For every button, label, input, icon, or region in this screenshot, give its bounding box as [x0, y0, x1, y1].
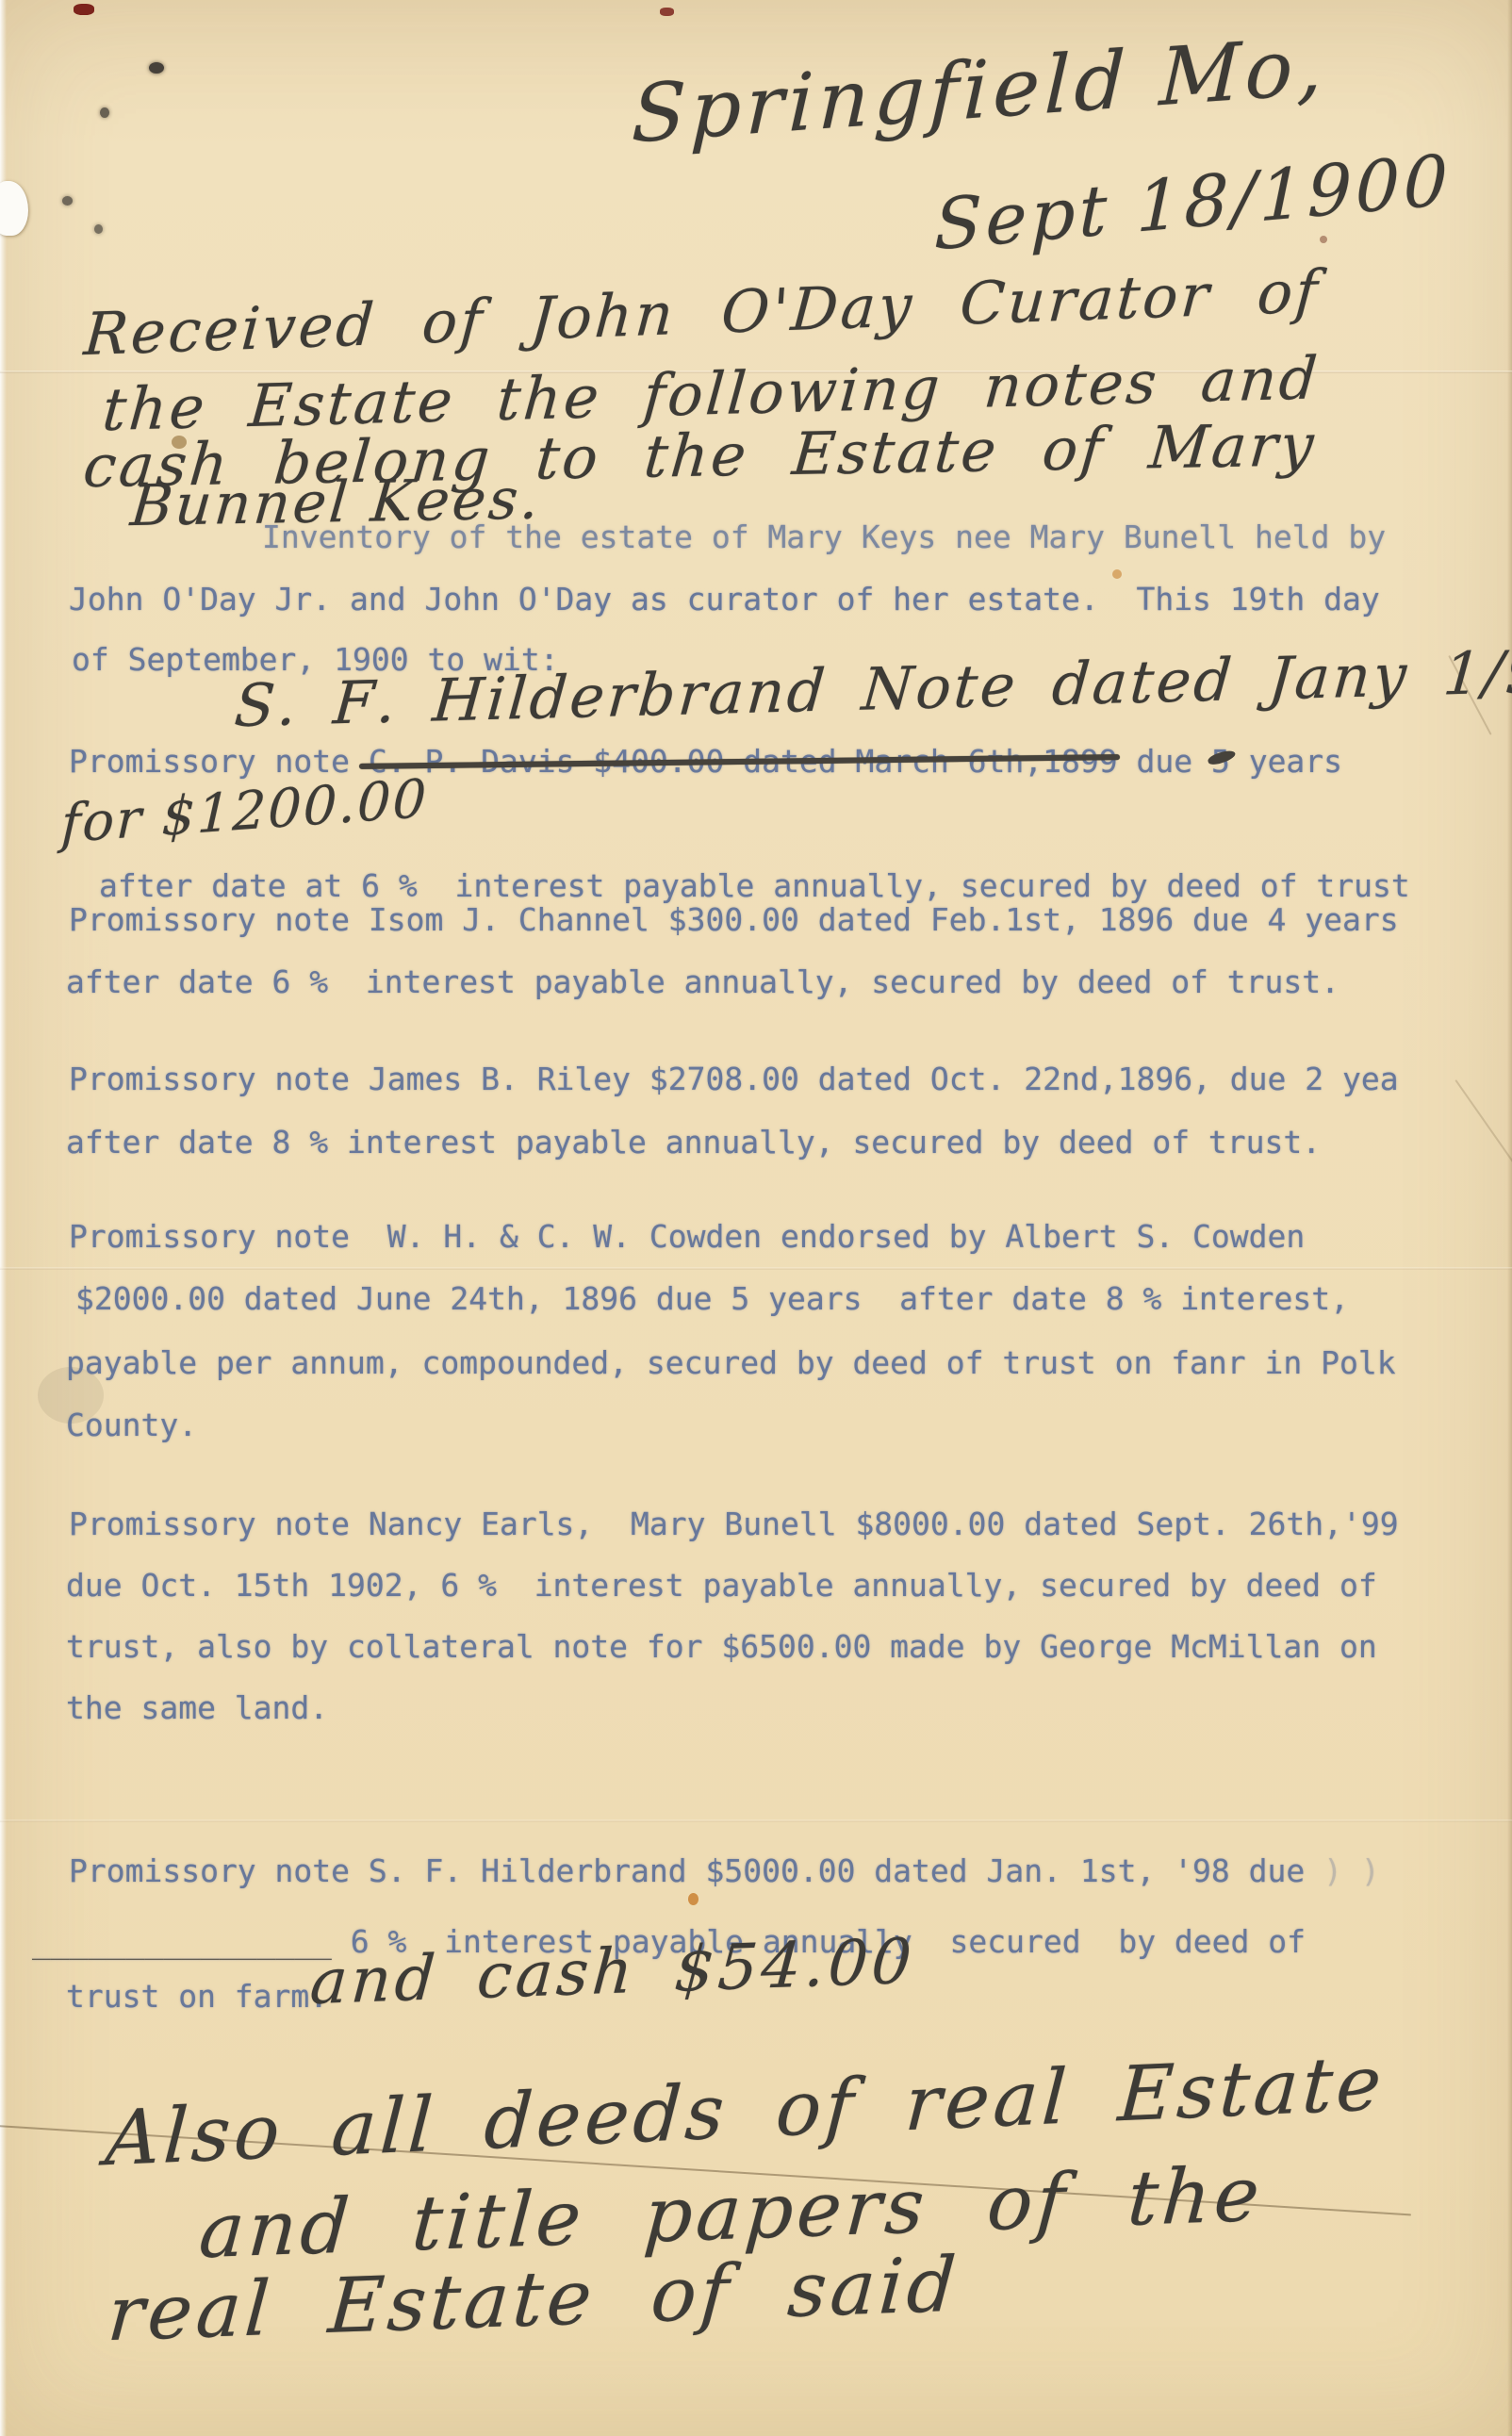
scanned-document-page: Springfield Mo, Sept 18/1900 Received of… — [0, 0, 1512, 2436]
note-line: after date 6 % interest payable annually… — [66, 963, 1339, 1000]
note-line: payable per annum, compounded, secured b… — [66, 1344, 1396, 1381]
handwritten-date: Sept 18/1900 — [933, 140, 1452, 266]
note-text: years — [1230, 743, 1342, 780]
ink-mark — [74, 4, 94, 15]
diagonal-crease — [1454, 1079, 1512, 1165]
typed-underline: ________________ — [32, 1923, 332, 1960]
note-text: Promissory note S. F. Hilderbrand $5000.… — [69, 1852, 1305, 1889]
note-line: County. — [66, 1407, 197, 1443]
pinhole-mark — [100, 107, 109, 118]
handwritten-insert-amount: for $1200.00 — [60, 768, 430, 856]
note-text: due — [1118, 743, 1211, 780]
paper-edge-right — [1507, 0, 1512, 2436]
note-line: after date 8 % interest payable annually… — [66, 1124, 1321, 1160]
struck-text: C. P. Davis $400.00 dated March 6th,1899 — [369, 743, 1118, 780]
note-line: Promissory note Isom J. Channel $300.00 … — [69, 901, 1399, 938]
note-line: Promissory note C. P. Davis $400.00 date… — [69, 743, 1342, 780]
stain — [1112, 569, 1122, 579]
note-line: Promissory note S. F. Hilderbrand $5000.… — [69, 1852, 1380, 1889]
note-line: $2000.00 dated June 24th, 1896 due 5 yea… — [75, 1280, 1349, 1317]
stain — [1320, 236, 1327, 243]
faint-typed-marks: ) ) — [1305, 1852, 1379, 1889]
note-line: trust, also by collateral note for $6500… — [66, 1628, 1377, 1665]
typed-intro-line: Inventory of the estate of Mary Keys nee… — [262, 518, 1386, 555]
paper-edge-left — [0, 0, 7, 2436]
fold-crease — [0, 1267, 1512, 1270]
note-line: Promissory note Nancy Earls, Mary Bunell… — [69, 1506, 1399, 1542]
pinhole-mark — [94, 224, 103, 234]
tear-hole — [0, 181, 28, 236]
blotted-text: 5 — [1211, 743, 1230, 780]
note-line: the same land. — [66, 1689, 328, 1726]
note-line: after date at 6 % interest payable annua… — [99, 867, 1410, 904]
note-line: Promissory note James B. Riley $2708.00 … — [69, 1061, 1399, 1097]
typed-intro-line: John O'Day Jr. and John O'Day as curator… — [69, 581, 1380, 617]
note-line: trust on farm. — [66, 1978, 328, 2015]
note-text: Promissory note — [69, 743, 369, 780]
note-line: due Oct. 15th 1902, 6 % interest payable… — [66, 1567, 1377, 1604]
handwritten-place: Springfield Mo, — [631, 19, 1329, 160]
pinhole-mark — [62, 196, 73, 206]
ink-mark — [660, 8, 674, 16]
stain — [688, 1893, 698, 1905]
fold-crease — [0, 1819, 1512, 1822]
note-line: Promissory note W. H. & C. W. Cowden end… — [69, 1218, 1305, 1255]
pinhole-mark — [149, 62, 164, 74]
